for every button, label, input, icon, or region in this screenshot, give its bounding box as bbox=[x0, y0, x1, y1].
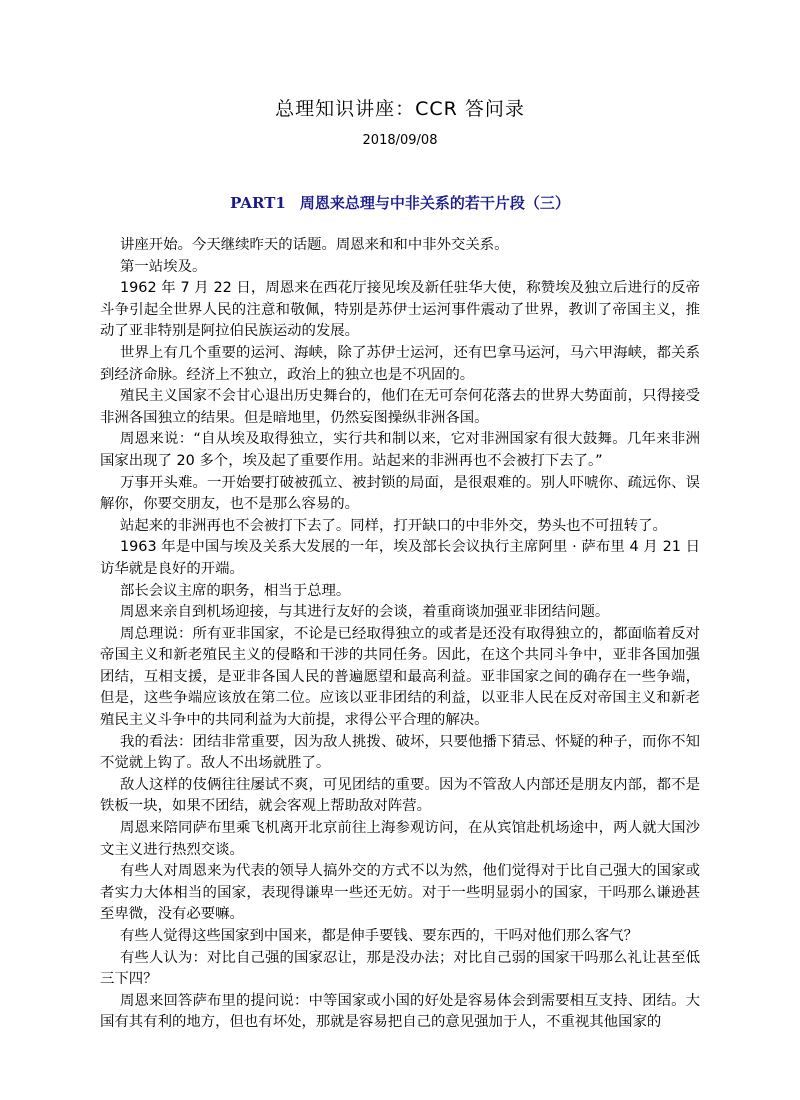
paragraph: 1963 年是中国与埃及关系大发展的一年，埃及部长会议执行主席阿里 · 萨布里 … bbox=[100, 537, 700, 580]
paragraph: 敌人这样的伎俩往往屡试不爽，可见团结的重要。因为不管敌人内部还是朋友内部，都不是… bbox=[100, 775, 700, 818]
section-number: PART1 bbox=[230, 194, 286, 212]
paragraph: 周恩来陪同萨布里乘飞机离开北京前往上海参观访问，在从宾馆赴机场途中，两人就大国沙… bbox=[100, 818, 700, 861]
section-title: 周恩来总理与中非关系的若干片段（三） bbox=[300, 194, 570, 212]
paragraph: 有些人认为：对比自己强的国家忍让，那是没办法；对比自己弱的国家干吗那么礼让甚至低… bbox=[100, 948, 700, 991]
document-body: 讲座开始。今天继续昨天的话题。周恩来和和中非外交关系。 第一站埃及。 1962 … bbox=[100, 235, 700, 1034]
paragraph: 有些人觉得这些国家到中国来，都是伸手要钱、要东西的，干吗对他们那么客气？ bbox=[100, 926, 700, 948]
paragraph: 第一站埃及。 bbox=[100, 257, 700, 279]
paragraph: 殖民主义国家不会甘心退出历史舞台的，他们在无可奈何花落去的世界大势面前，只得接受… bbox=[100, 386, 700, 429]
paragraph: 站起来的非洲再也不会被打下去了。同样，打开缺口的中非外交，势头也不可扭转了。 bbox=[100, 516, 700, 538]
paragraph: 世界上有几个重要的运河、海峡，除了苏伊士运河，还有巴拿马运河，马六甲海峡，都关系… bbox=[100, 343, 700, 386]
paragraph: 部长会议主席的职务，相当于总理。 bbox=[100, 581, 700, 603]
paragraph: 周总理说：所有亚非国家，不论是已经取得独立的或者是还没有取得独立的，都面临着反对… bbox=[100, 624, 700, 732]
section-heading: PART1周恩来总理与中非关系的若干片段（三） bbox=[100, 192, 700, 213]
document-title: 总理知识讲座：CCR 答问录 bbox=[100, 94, 700, 121]
paragraph: 周恩来说：“自从埃及取得独立，实行共和制以来，它对非洲国家有很大鼓舞。几年来非洲… bbox=[100, 429, 700, 472]
paragraph: 1962 年 7 月 22 日，周恩来在西花厅接见埃及新任驻华大使，称赞埃及独立… bbox=[100, 278, 700, 343]
paragraph: 讲座开始。今天继续昨天的话题。周恩来和和中非外交关系。 bbox=[100, 235, 700, 257]
paragraph: 万事开头难。一开始要打破被孤立、被封锁的局面，是很艰难的。别人吓唬你、疏远你、误… bbox=[100, 473, 700, 516]
paragraph: 周恩来亲自到机场迎接，与其进行友好的会谈，着重商谈加强亚非团结问题。 bbox=[100, 602, 700, 624]
paragraph: 周恩来回答萨布里的提问说：中等国家或小国的好处是容易体会到需要相互支持、团结。大… bbox=[100, 991, 700, 1034]
paragraph: 有些人对周恩来为代表的领导人搞外交的方式不以为然，他们觉得对于比自己强大的国家或… bbox=[100, 861, 700, 926]
document-date: 2018/09/08 bbox=[100, 133, 700, 148]
paragraph: 我的看法：团结非常重要，因为敌人挑拨、破坏，只要他播下猜忌、怀疑的种子，而你不知… bbox=[100, 732, 700, 775]
